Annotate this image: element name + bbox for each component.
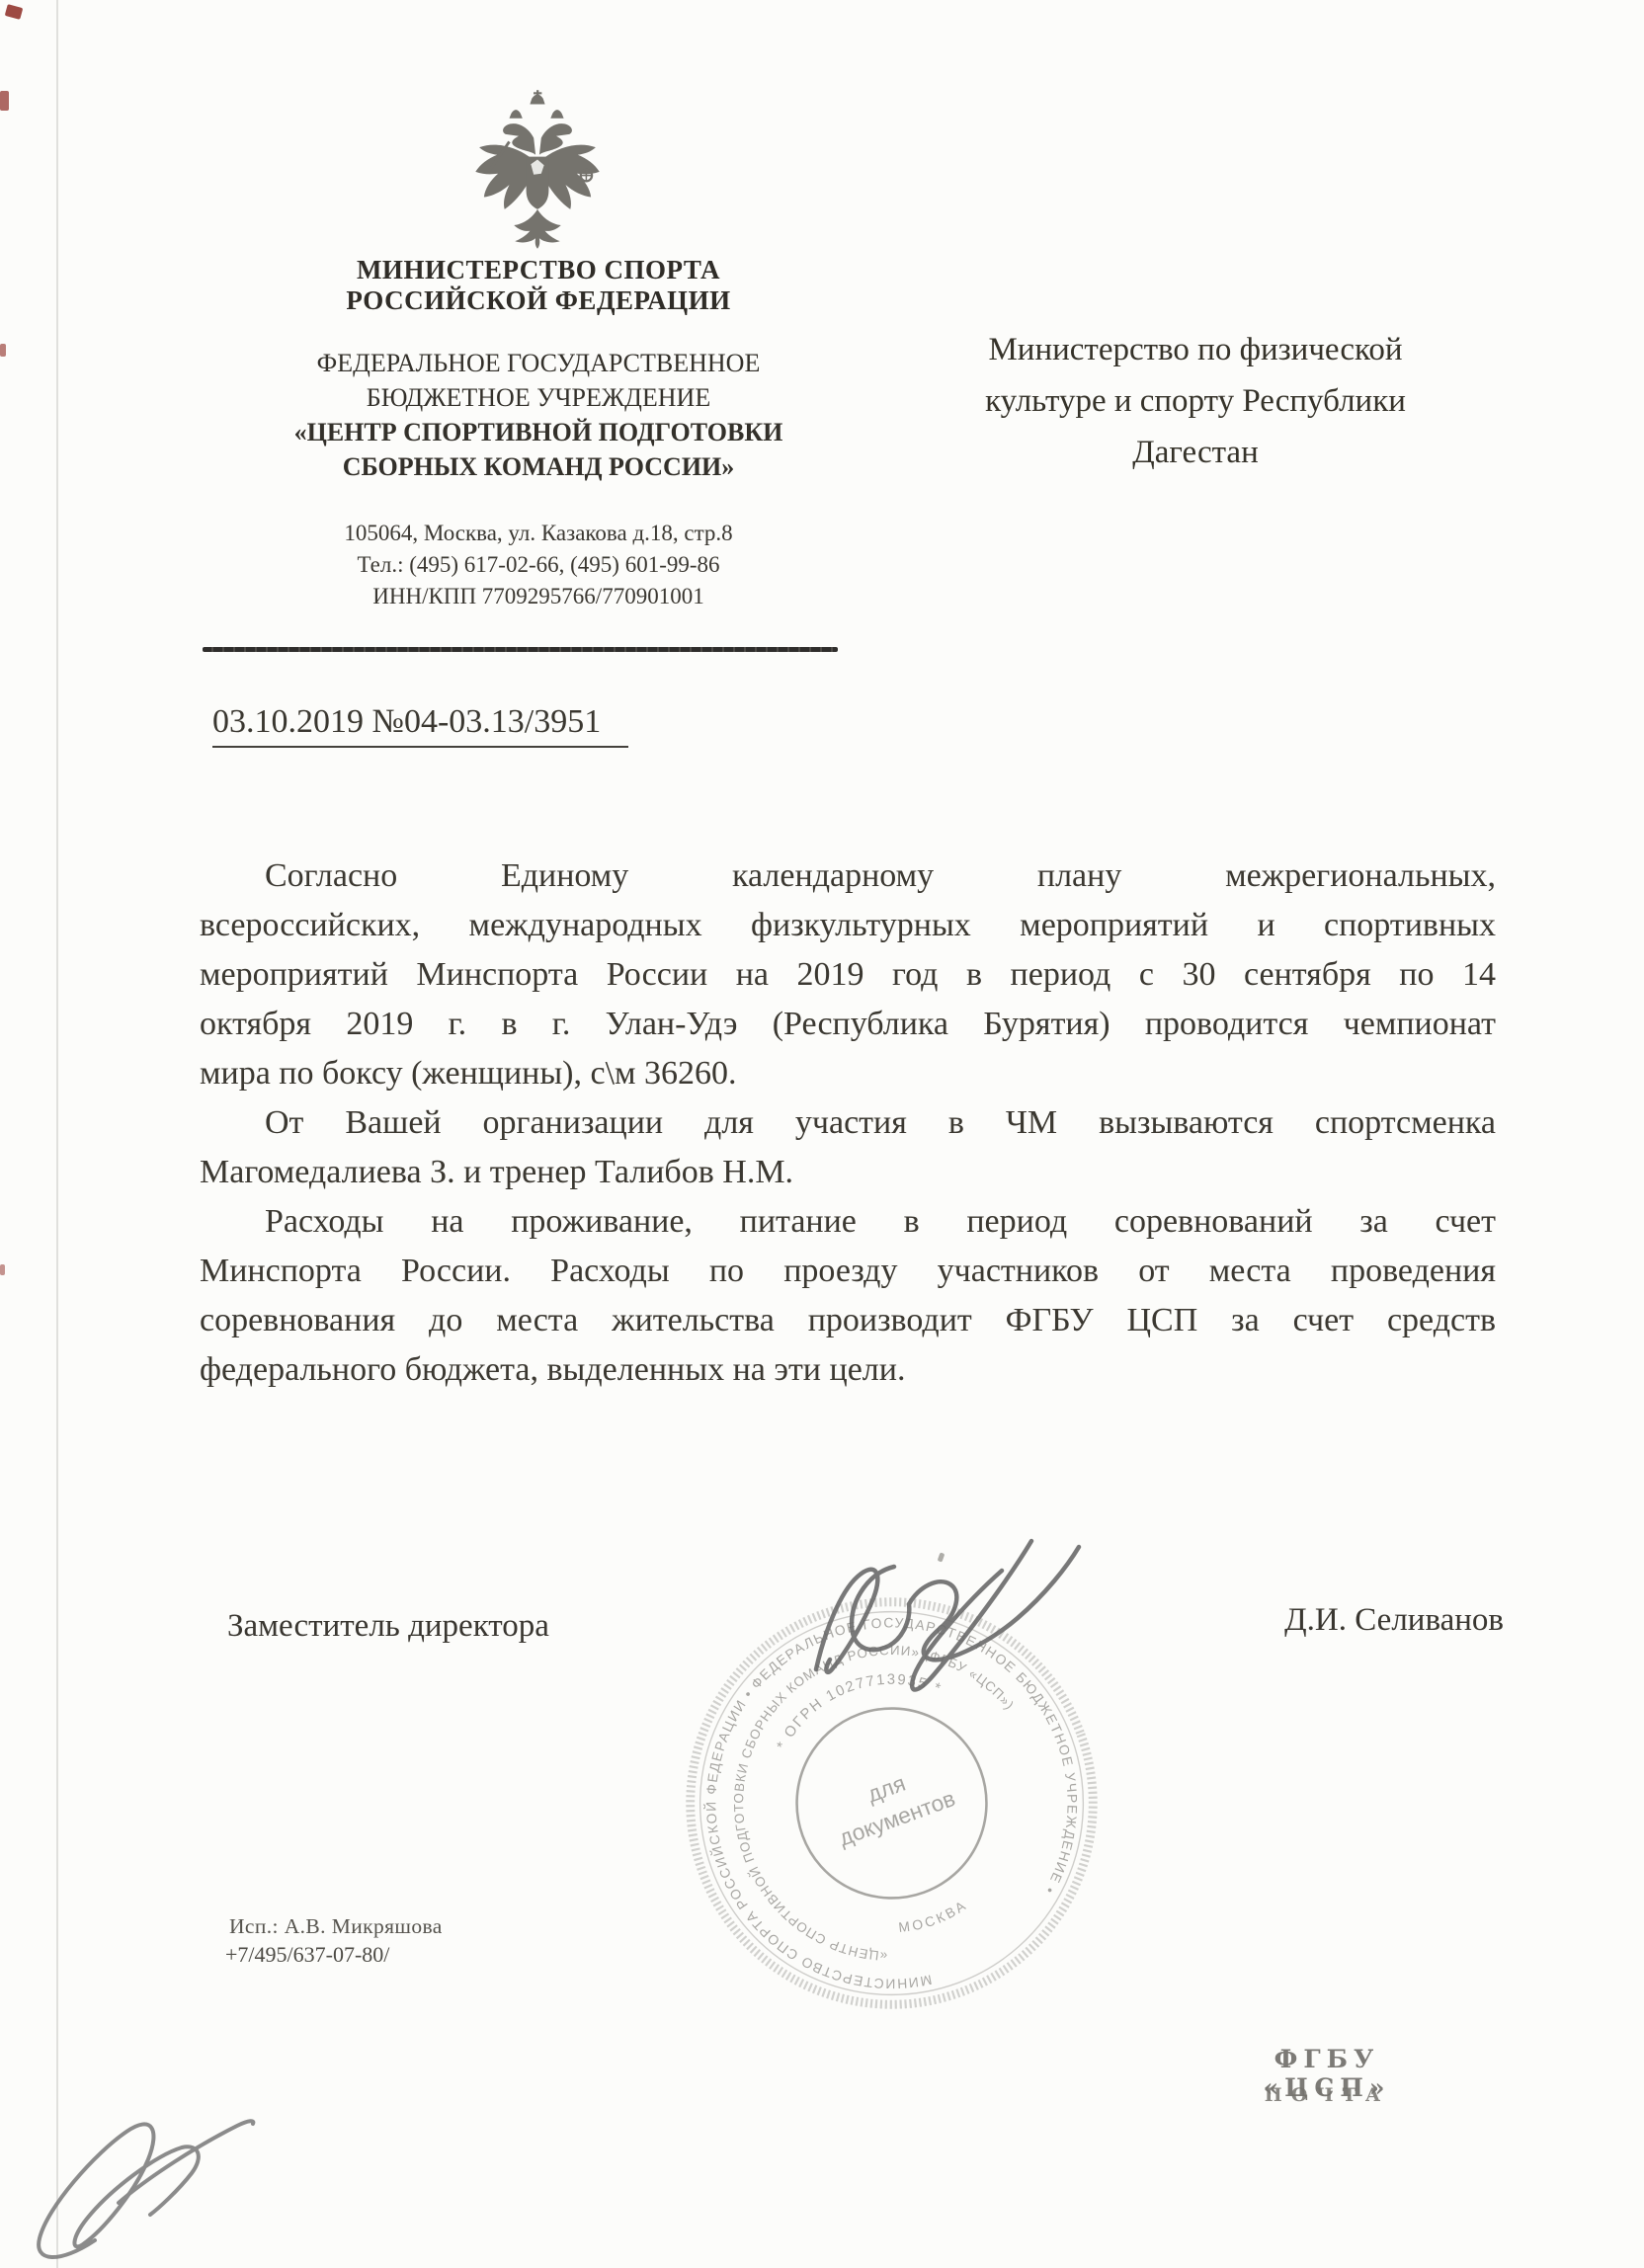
ministry-name-line1: МИНИСТЕРСТВО СПОРТА [222,255,855,285]
body-line: федерального бюджета, выделенных на эти … [200,1345,1496,1395]
scan-artifact [5,4,24,20]
postal-address: 105064, Москва, ул. Казакова д.18, стр.8 [222,518,855,549]
body-line: Магомедалиева З. и тренер Талибов Н.М. [200,1148,1496,1197]
body-line: Согласно Единому календарному плану межр… [200,851,1496,901]
signer-name: Д.И. Селиванов [1136,1602,1504,1639]
executor-phone: +7/495/637-07-80/ [225,1942,389,1968]
recipient-line2: культуре и спорту Республики [889,375,1502,427]
org-line2: БЮДЖЕТНОЕ УЧРЕЖДЕНИЕ [222,380,855,415]
body-line: Расходы на проживание, питание в период … [200,1197,1496,1247]
recipient-block: Министерство по физической культуре и сп… [889,324,1502,478]
body-line: мира по боксу (женщины), с\м 36260. [200,1049,1496,1098]
body-line: соревнования до места жительства произво… [200,1296,1496,1345]
signature-ink [692,1501,1146,1719]
scan-edge-line [56,0,58,2268]
ministry-name-line2: РОССИЙСКОЙ ФЕДЕРАЦИИ [222,285,855,316]
phone-numbers: Тел.: (495) 617-02-66, (495) 601-99-86 [222,549,855,581]
ministry-name: МИНИСТЕРСТВО СПОРТА РОССИЙСКОЙ ФЕДЕРАЦИИ [222,255,855,316]
contact-block: 105064, Москва, ул. Казакова д.18, стр.8… [222,518,855,612]
body-line: всероссийских, международных физкультурн… [200,901,1496,950]
scanned-letter-page: МИНИСТЕРСТВО СПОРТА РОССИЙСКОЙ ФЕДЕРАЦИИ… [0,0,1644,2268]
header-divider [203,647,838,652]
scan-artifact [0,91,9,111]
svg-text:МОСКВА: МОСКВА [894,1895,972,1940]
body-line: октября 2019 г. в г. Улан-Удэ (Республик… [200,1000,1496,1049]
body-line: От Вашей организации для участия в ЧМ вы… [200,1098,1496,1148]
handwritten-scribble [0,2084,296,2268]
reference-number: 03.10.2019 №04-03.13/3951 [212,703,628,748]
org-line4: СБОРНЫХ КОМАНД РОССИИ» [222,449,855,484]
scan-artifact [0,1264,5,1275]
executor-name: Исп.: А.В. Микряшова [229,1914,443,1939]
signer-position: Заместитель директора [227,1608,549,1645]
organization-name: ФЕДЕРАЛЬНОЕ ГОСУДАРСТВЕННОЕ БЮДЖЕТНОЕ УЧ… [222,346,855,484]
mail-stamp-label: ПОЧТА [1223,2084,1431,2106]
body-line: Минспорта России. Расходы по проезду уча… [200,1247,1496,1296]
stamp-city-text: МОСКВА [894,1895,972,1940]
letter-body: Согласно Единому календарному плану межр… [200,851,1496,1395]
recipient-line3: Дагестан [889,427,1502,478]
russian-coat-of-arms-icon [462,89,613,249]
reference-line: 03.10.2019 №04-03.13/3951 [212,703,628,748]
org-line1: ФЕДЕРАЛЬНОЕ ГОСУДАРСТВЕННОЕ [222,346,855,380]
body-line: мероприятий Минспорта России на 2019 год… [200,950,1496,1000]
recipient-line1: Министерство по физической [889,324,1502,375]
org-line3: «ЦЕНТР СПОРТИВНОЙ ПОДГОТОВКИ [222,415,855,449]
inn-kpp: ИНН/КПП 7709295766/770901001 [222,581,855,612]
scan-artifact [0,344,6,357]
